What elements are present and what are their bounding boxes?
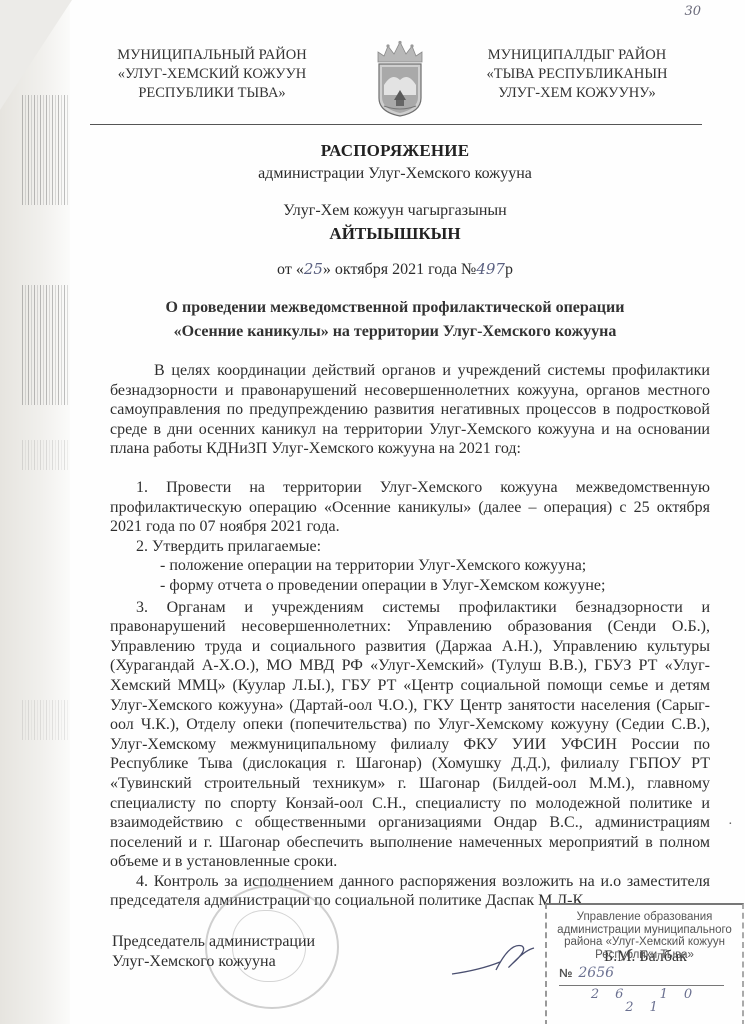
signatory-position-line: Улуг-Хемского кожууна xyxy=(112,952,315,972)
stamp-underline xyxy=(559,985,724,986)
scanner-streaks xyxy=(22,285,70,405)
subject-line: О проведении межведомственной профилакти… xyxy=(100,296,690,320)
stamp-line: Управление образования xyxy=(547,911,742,924)
header-right-line: «ТЫВА РЕСПУБЛИКАНЫН xyxy=(472,65,682,84)
stamp-number-label: № xyxy=(559,966,572,980)
date-suffix: р xyxy=(505,261,513,278)
handwritten-signature xyxy=(450,940,540,978)
folded-corner xyxy=(0,0,72,110)
handwritten-order-number: 497 xyxy=(476,260,505,278)
item-2: 2. Утвердить прилагаемые: xyxy=(110,537,710,557)
header-divider xyxy=(90,124,702,125)
stamp-line: Республики Тыва» xyxy=(547,949,742,962)
preamble-paragraph: В целях координации действий органов и у… xyxy=(110,361,710,459)
document-date-number: от «25» октября 2021 года №497р xyxy=(100,260,690,279)
header-right-line: МУНИЦИПАЛДЫГ РАЙОН xyxy=(472,46,682,65)
document-subtitle: администрации Улуг-Хемского кожууна xyxy=(100,165,690,183)
date-middle: » октября 2021 года № xyxy=(323,261,476,278)
signatory-position: Председатель администрации Улуг-Хемского… xyxy=(112,932,315,972)
signatory-position-line: Председатель администрации xyxy=(112,932,315,952)
handwritten-day: 25 xyxy=(304,260,323,278)
stamp-handwritten-number: 2656 xyxy=(578,965,614,981)
preamble-text: В целях координации действий органов и у… xyxy=(110,361,710,459)
stamp-number-row: №2656 xyxy=(559,967,614,980)
document-tuvan-title: АЙТЫЫШКЫН xyxy=(100,224,690,244)
item-1: 1. Провести на территории Улуг-Хемского … xyxy=(110,478,710,537)
margin-mark: · xyxy=(728,817,733,833)
subject-line: «Осенние каникулы» на территории Улуг-Хе… xyxy=(100,320,690,344)
header-right-line: УЛУГ-ХЕМ КОЖУУНУ» xyxy=(472,84,682,103)
stamp-line: района «Улуг-Хемский кожуун xyxy=(547,936,742,949)
date-prefix: от « xyxy=(277,261,304,278)
header-left-line: «УЛУГ-ХЕМСКИЙ КОЖУУН xyxy=(112,65,312,84)
document-subject: О проведении межведомственной профилакти… xyxy=(100,296,690,344)
scanner-streaks xyxy=(22,95,70,205)
incoming-registration-stamp: Управление образования администрации мун… xyxy=(545,903,744,1024)
scanner-streaks xyxy=(22,440,70,470)
stamp-handwritten-date: 26 10 21 xyxy=(557,989,742,1014)
coat-of-arms-icon xyxy=(372,40,428,118)
scanner-streaks xyxy=(22,700,70,740)
header-left-line: МУНИЦИПАЛЬНЫЙ РАЙОН xyxy=(112,46,312,65)
handwritten-page-number: 30 xyxy=(684,4,701,19)
item-2-sub: - форму отчета о проведении операции в У… xyxy=(110,576,710,596)
document-tuvan-issuer: Улуг-Хем кожуун чагыргазынын xyxy=(100,202,690,220)
resolution-items: 1. Провести на территории Улуг-Хемского … xyxy=(110,478,710,911)
header-left-line: РЕСПУБЛИКИ ТЫВА» xyxy=(112,84,312,103)
item-3: 3. Органам и учреждениям системы профила… xyxy=(110,598,710,872)
scanned-document-page: 30 МУНИЦИПАЛЬНЫЙ РАЙОН «УЛУГ-ХЕМСКИЙ КОЖ… xyxy=(0,0,745,1024)
header-left-russian: МУНИЦИПАЛЬНЫЙ РАЙОН «УЛУГ-ХЕМСКИЙ КОЖУУН… xyxy=(112,46,312,103)
header-right-tuvan: МУНИЦИПАЛДЫГ РАЙОН «ТЫВА РЕСПУБЛИКАНЫН У… xyxy=(472,46,682,103)
stamp-line: администрации муниципального xyxy=(547,924,742,937)
document-title: РАСПОРЯЖЕНИЕ xyxy=(100,141,690,161)
item-2-sub: - положение операции на территории Улуг-… xyxy=(110,556,710,576)
